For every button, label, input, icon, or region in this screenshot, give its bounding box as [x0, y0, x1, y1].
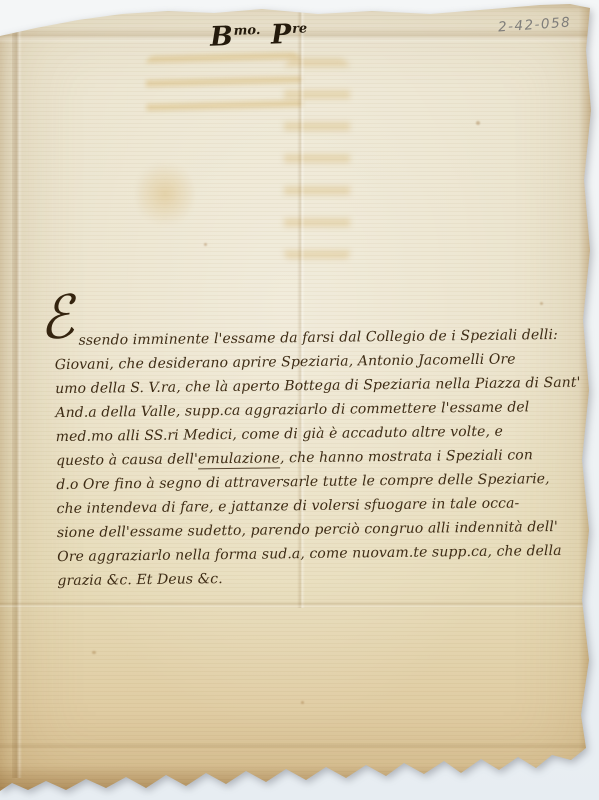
underlined-word: emulazione — [198, 450, 280, 469]
verso-ink-bleedthrough — [284, 58, 350, 263]
manuscript-page: 2-42-058 Bmo. Pre ℰ ssendo imminente l'e… — [0, 0, 599, 800]
salutation-word1: B — [209, 21, 234, 53]
line-text: che intendeva di fare, e jattanze di vol… — [57, 495, 520, 517]
line-text: questo à causa dell' — [56, 451, 198, 469]
flourished-initial-letter: ℰ — [35, 287, 77, 349]
line-text: , che hanno mostrata i Speziali con — [280, 447, 533, 466]
line-text: Giovani, che desiderano aprire Speziaria… — [55, 351, 516, 373]
manuscript-line: grazia &c. Et Deus &c. — [57, 563, 563, 593]
letter-body: ℰ ssendo imminente l'essame da farsi dal… — [54, 323, 563, 593]
line-text: grazia &c. Et Deus &c. — [57, 571, 222, 589]
verso-ink-bleedthrough — [136, 158, 194, 230]
line-text: And.a della Valle, supp.ca aggraziarlo d… — [55, 399, 529, 421]
horizontal-fold-crease — [0, 743, 599, 749]
paper-edge-shading — [577, 0, 593, 800]
paper-edge-shading — [0, 0, 599, 12]
line-text: umo della S. V.ra, che là aperto Bottega… — [55, 375, 581, 397]
verso-ink-bleedthrough — [145, 52, 303, 122]
line-text: Ore aggraziarlo nella forma sud.a, come … — [57, 543, 562, 565]
line-text: ssendo imminente l'essame da farsi dal C… — [78, 327, 557, 349]
archive-number: 2-42-058 — [498, 14, 572, 35]
paper-shadow-wrap: 2-42-058 Bmo. Pre ℰ ssendo imminente l'e… — [0, 0, 599, 800]
line-text: d.o Ore fino à segno di attraversarle tu… — [56, 471, 550, 493]
foxing-spot — [204, 243, 207, 246]
foxing-spot — [476, 121, 480, 125]
paper-edge-shading — [0, 762, 599, 792]
salutation-word2: P — [270, 19, 292, 51]
salutation-heading: Bmo. Pre — [209, 18, 307, 52]
scan-background: 2-42-058 Bmo. Pre ℰ ssendo imminente l'e… — [0, 0, 599, 800]
foxing-spot — [540, 302, 543, 305]
horizontal-fold-crease — [0, 601, 599, 608]
foxing-spot — [92, 651, 96, 654]
foxing-spot — [301, 701, 304, 704]
vertical-fold-crease — [12, 30, 22, 778]
line-text: sione dell'essame sudetto, parendo perci… — [57, 519, 558, 541]
salutation-word2-superscript: re — [292, 21, 308, 37]
salutation-word1-superscript: mo. — [233, 23, 260, 39]
line-text: med.mo alli SS.ri Medici, come di già è … — [56, 424, 503, 445]
